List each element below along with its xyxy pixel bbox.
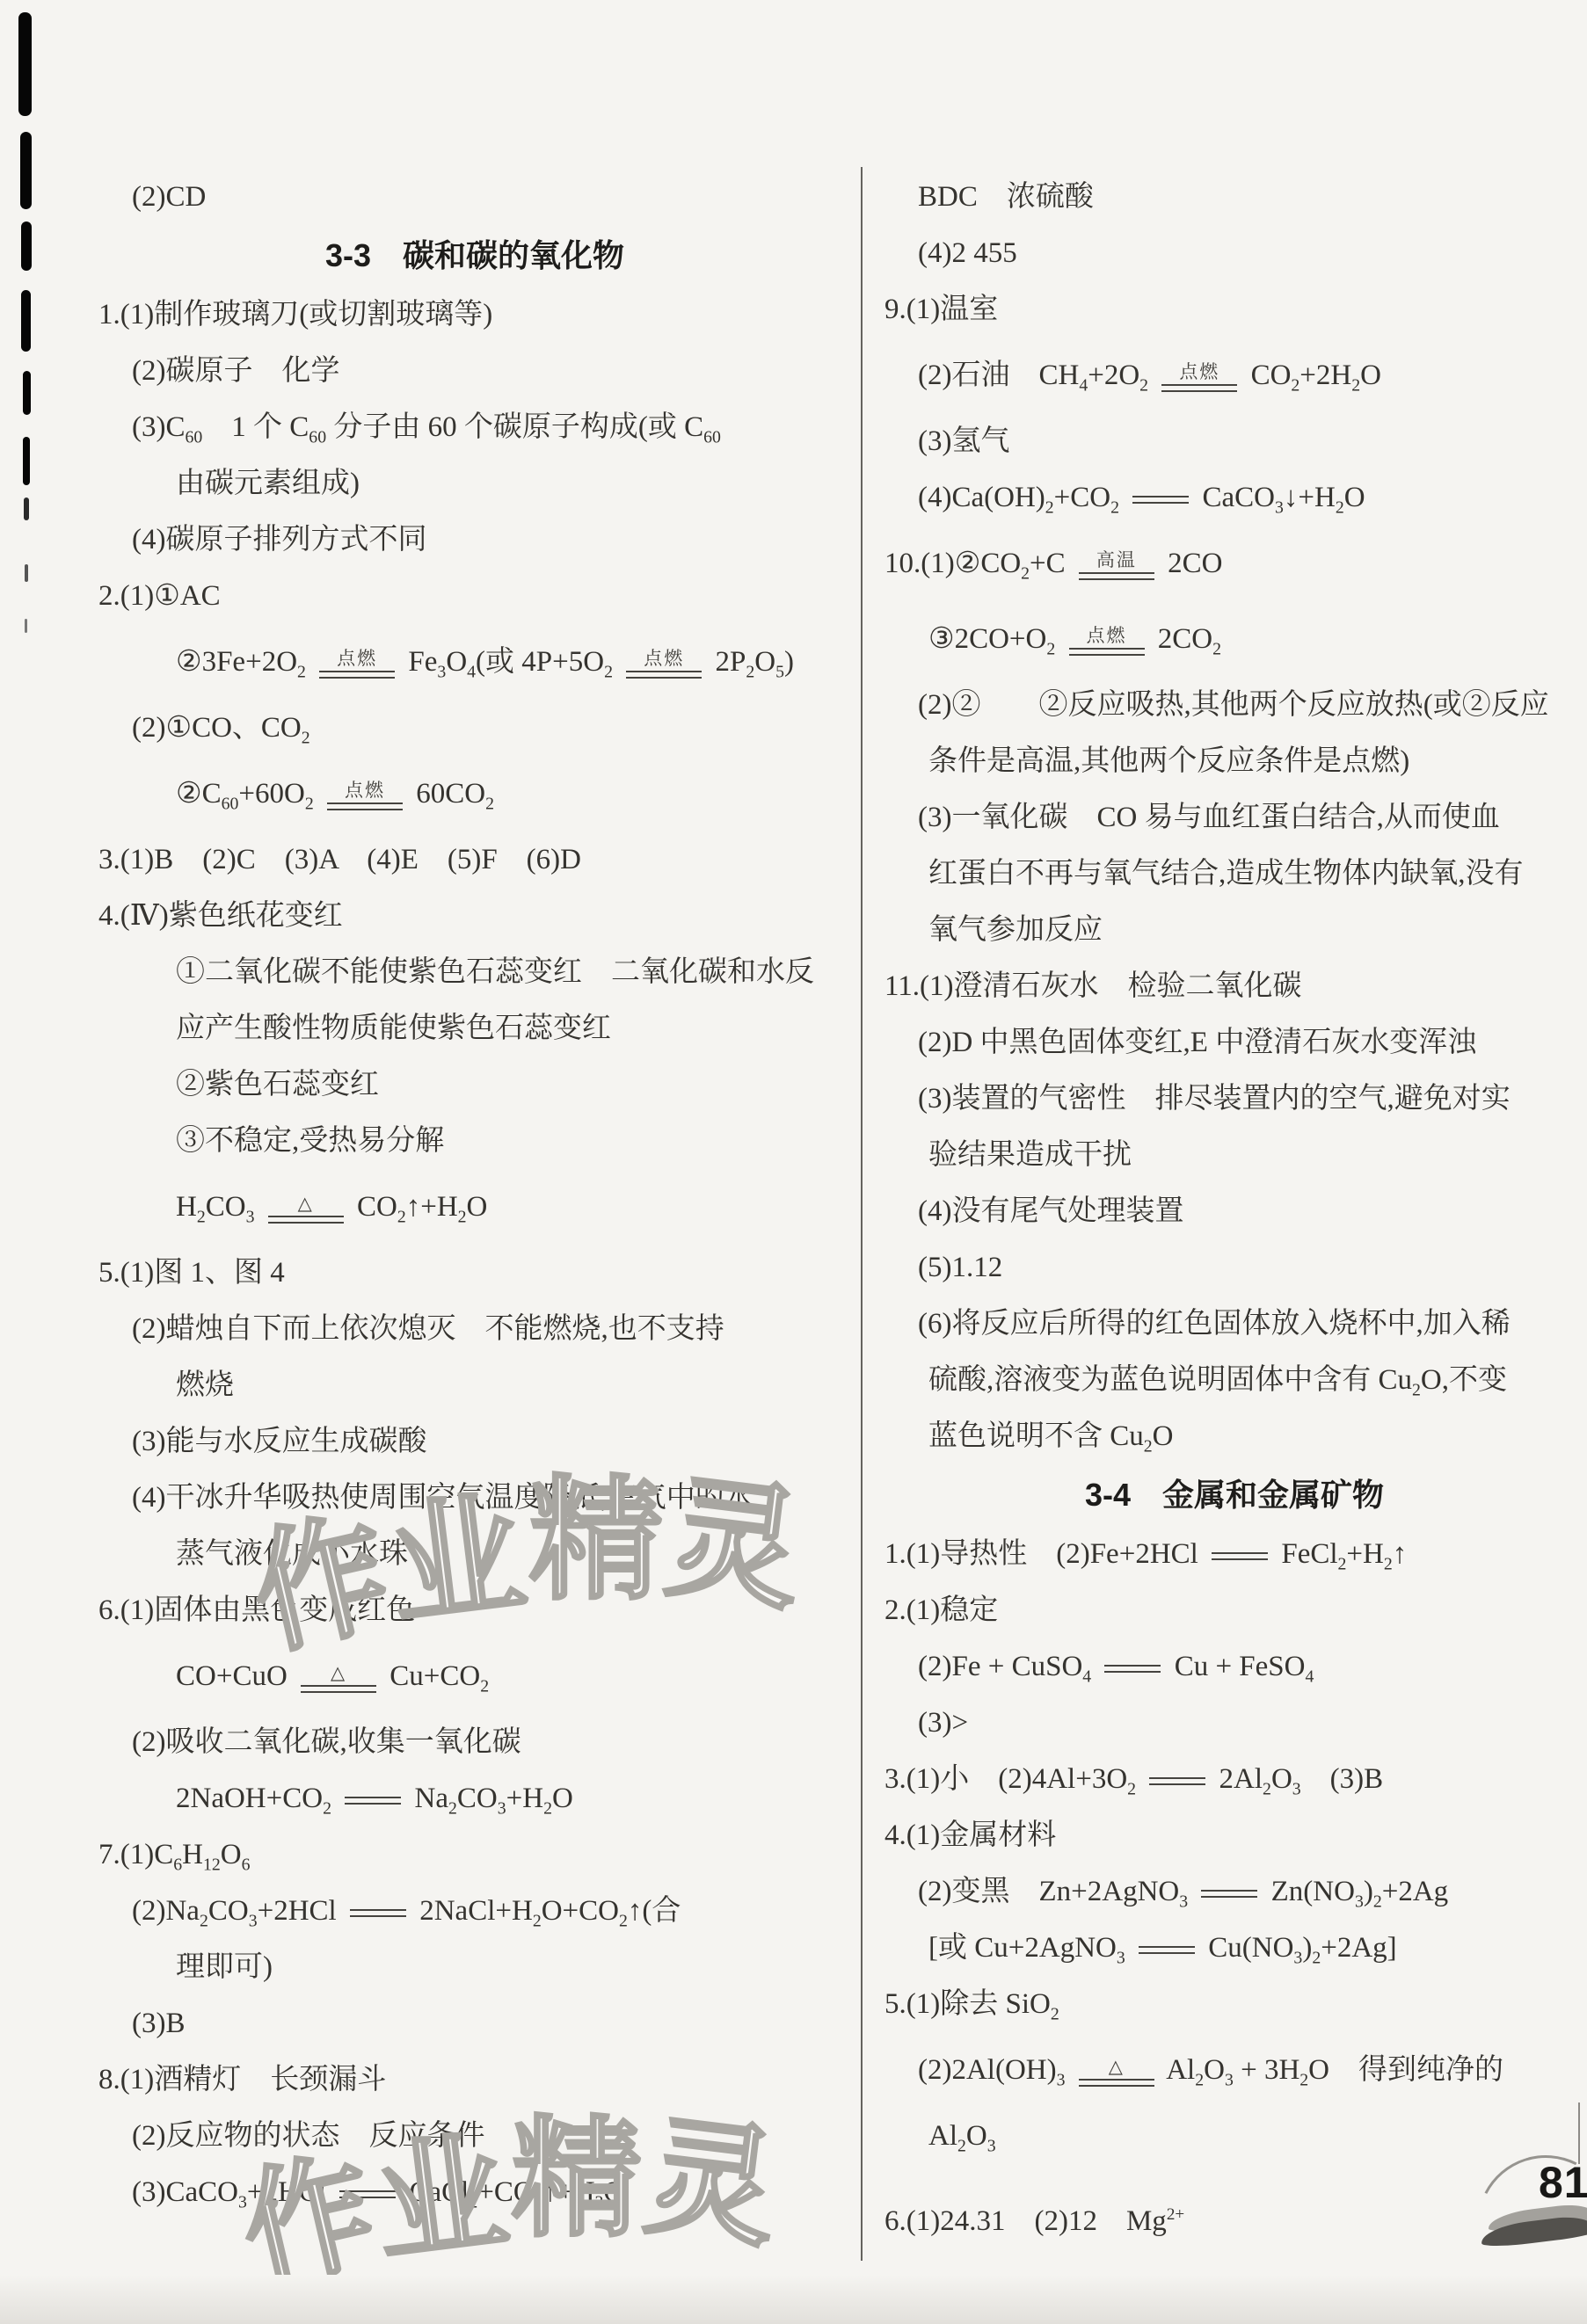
binding-mark (20, 132, 32, 209)
equals-double-bar (1212, 1552, 1268, 1560)
subscript: 60 (309, 428, 326, 447)
subscript: 2 (458, 1208, 467, 1227)
answer-line: ③2CO+O2 点燃 2CO2 (884, 601, 1584, 677)
subscript: 2 (297, 663, 306, 682)
subscript: 3 (238, 2193, 247, 2212)
page-number: 81 (1539, 2157, 1587, 2208)
binding-mark (23, 371, 31, 415)
subscript: 5 (775, 663, 784, 682)
answer-line: (3)氢气 (884, 413, 1584, 469)
subscript: 2 (1021, 564, 1030, 584)
subscript: 4 (1079, 376, 1088, 396)
subscript: 4 (1306, 1667, 1314, 1687)
binding-mark (23, 437, 30, 485)
page-corner-logo: 81 (1500, 2143, 1587, 2259)
answer-line: (4)2 455 (884, 225, 1584, 281)
scanned-answer-page: (2)CD3-3 碳和碳的氧化物1.(1)制作玻璃刀(或切割玻璃等)(2)碳原子… (0, 0, 1587, 2324)
answer-line: 4.(Ⅳ)紫色纸花变红 (98, 888, 851, 944)
superscript: 2+ (1167, 2205, 1184, 2224)
answer-line: 6.(1)固体由黑色变成红色 (98, 1582, 851, 1638)
subscript: 2 (1046, 640, 1055, 659)
subscript: 60 (222, 795, 239, 814)
subscript: 2 (595, 2193, 604, 2212)
answer-line: 蒸气液化成小水珠 (98, 1526, 851, 1582)
subscript: 3 (437, 663, 446, 682)
answer-line: 8.(1)酒精灯 长颈漏斗 (98, 2052, 851, 2108)
reaction-condition-label: 点燃 (345, 781, 385, 801)
answers-column-right: BDC 浓硫酸(4)2 4559.(1)温室(2)石油 CH4+2O2 点燃 C… (884, 169, 1584, 2243)
subscript: 2 (957, 2137, 966, 2156)
double-bar (1139, 1946, 1195, 1954)
answer-line: 3.(1)小 (2)4Al+3O2 2Al2O3 (3)B (884, 1751, 1584, 1807)
answer-line: (2)变黑 Zn+2AgNO3 Zn(NO3)2+2Ag (884, 1863, 1584, 1920)
subscript: 2 (1144, 1437, 1153, 1456)
answer-line: (2)吸收二氧化碳,收集一氧化碳 (98, 1714, 851, 1770)
double-bar (1161, 384, 1237, 392)
subscript: 4 (467, 663, 476, 682)
answer-line: ③不稳定,受热易分解 (98, 1113, 851, 1169)
answer-line: 5.(1)除去 SiO2 (884, 1976, 1584, 2032)
double-bar (301, 1685, 376, 1693)
answer-line: 11.(1)澄清石灰水 检验二氧化碳 (884, 958, 1584, 1014)
reaction-condition-equals: 点燃 (327, 781, 403, 810)
double-bar (339, 2190, 396, 2198)
subscript: 2 (535, 2193, 543, 2212)
answer-line: 硫酸,溶液变为蓝色说明固体中含有 Cu2O,不变 (884, 1352, 1584, 1408)
reaction-condition-label: 点燃 (1179, 362, 1219, 382)
scan-edge-line (1578, 2102, 1580, 2164)
subscript: 3 (1057, 2071, 1066, 2090)
answer-line: (2)CD (98, 169, 851, 225)
reaction-condition-equals: △ (301, 1663, 376, 1693)
answer-line: (4)没有尾气处理装置 (884, 1183, 1584, 1239)
answer-line: 氧气参加反应 (884, 902, 1584, 958)
double-bar (626, 671, 702, 679)
subscript: 3 (1275, 498, 1284, 518)
subscript: 3 (1292, 1780, 1301, 1799)
double-bar (1212, 1552, 1268, 1560)
reaction-condition-equals: 点燃 (626, 649, 702, 679)
reaction-condition-label: 点燃 (644, 649, 684, 669)
answer-line: 9.(1)温室 (884, 281, 1584, 338)
subscript: 3 (1179, 1892, 1188, 1912)
subscript: 2 (1263, 1780, 1271, 1799)
answer-line: (2)Fe + CuSO4 Cu + FeSO4 (884, 1638, 1584, 1695)
double-bar (350, 1909, 406, 1917)
binding-mark (24, 497, 29, 520)
answer-line: 2.(1)稳定 (884, 1582, 1584, 1638)
answer-line: BDC 浓硫酸 (884, 169, 1584, 225)
answer-line: (3)CaCO3+2HCl CaCl2+CO2↑+H2O (98, 2164, 851, 2220)
double-bar (319, 671, 395, 679)
answer-line: 3.(1)B (2)C (3)A (4)E (5)F (6)D (98, 832, 851, 888)
equals-double-bar (1104, 1665, 1161, 1673)
answer-line: (2)D 中黑色固体变红,E 中澄清石灰水变浑浊 (884, 1014, 1584, 1071)
answer-line: ②C60+60O2 点燃 60CO2 (98, 756, 851, 832)
subscript: 6 (173, 1856, 182, 1875)
subscript: 2 (397, 1208, 406, 1227)
subscript: 12 (203, 1856, 221, 1875)
answer-line: [或 Cu+2AgNO3 Cu(NO3)2+2Ag] (884, 1920, 1584, 1976)
double-bar (327, 803, 403, 810)
subscript: 2 (543, 1799, 552, 1819)
double-bar (1079, 572, 1154, 580)
answer-line: 5.(1)图 1、图 4 (98, 1245, 851, 1301)
answer-line: 理即可) (98, 1939, 851, 1995)
binding-mark (25, 619, 27, 633)
equals-double-bar (1201, 1890, 1257, 1898)
equals-double-bar (1149, 1777, 1205, 1785)
reaction-condition-label: 高温 (1096, 550, 1137, 570)
subscript: 2 (1351, 376, 1360, 396)
double-bar (1132, 496, 1189, 504)
answer-line: ②3Fe+2O2 点燃 Fe3O4(或 4P+5O2 点燃 2P2O5) (98, 624, 851, 700)
answer-line: 蓝色说明不含 Cu2O (884, 1408, 1584, 1464)
equals-double-bar (350, 1909, 406, 1917)
answers-column-left: (2)CD3-3 碳和碳的氧化物1.(1)制作玻璃刀(或切割玻璃等)(2)碳原子… (98, 169, 851, 2220)
double-bar (1149, 1777, 1205, 1785)
answer-line: 2.(1)①AC (98, 568, 851, 624)
answer-line: (4)碳原子排列方式不同 (98, 512, 851, 568)
answer-line: (3)一氧化碳 CO 易与血红蛋白结合,从而使血 (884, 789, 1584, 846)
subscript: 2 (305, 795, 314, 814)
subscript: 2 (1299, 2071, 1308, 2090)
answer-line: 4.(1)金属材料 (884, 1807, 1584, 1863)
subscript: 3 (249, 1912, 258, 1931)
answer-line: (5)1.12 (884, 1239, 1584, 1296)
reaction-condition-equals: 高温 (1079, 550, 1154, 580)
reaction-condition-label: △ (1109, 2057, 1125, 2077)
subscript: 2 (1051, 2005, 1059, 2024)
equals-double-bar (339, 2190, 396, 2198)
subscript: 2 (1338, 1555, 1347, 1574)
subscript: 2 (533, 1912, 542, 1931)
subscript: 2 (485, 795, 494, 814)
section-heading: 3-3 碳和碳的氧化物 (98, 225, 851, 287)
subscript: 2 (619, 1912, 628, 1931)
double-bar (1201, 1890, 1257, 1898)
answer-line: (2)蜡烛自下而上依次熄灭 不能燃烧,也不支持 (98, 1301, 851, 1357)
reaction-condition-equals: 点燃 (1069, 626, 1145, 656)
binding-mark (25, 564, 28, 582)
reaction-condition-equals: 点燃 (1161, 362, 1237, 392)
answer-line: 1.(1)制作玻璃刀(或切割玻璃等) (98, 287, 851, 343)
reaction-condition-equals: △ (1079, 2057, 1154, 2087)
answer-line: (4)干冰升华吸热使周围空气温度降低,空气中的水 (98, 1470, 851, 1526)
binding-mark (21, 222, 32, 271)
double-bar (1069, 648, 1145, 656)
subscript: 2 (1312, 1949, 1321, 1968)
subscript: 2 (480, 1677, 489, 1696)
subscript: 2 (200, 1912, 208, 1931)
answer-line: (3)装置的气密性 排尽装置内的空气,避免对实 (884, 1071, 1584, 1127)
subscript: 2 (1373, 1892, 1382, 1912)
answer-line: (4)Ca(OH)2+CO2 CaCO3↓+H2O (884, 469, 1584, 526)
scan-bottom-shadow (0, 2275, 1587, 2324)
double-bar (268, 1216, 344, 1224)
answer-line: H2CO3 △ CO2↑+H2O (98, 1169, 851, 1245)
subscript: 2 (448, 1799, 457, 1819)
answer-line: 7.(1)C6H12O6 (98, 1827, 851, 1883)
subscript: 3 (498, 1799, 506, 1819)
answer-line: 燃烧 (98, 1357, 851, 1413)
answer-line: ②紫色石蕊变红 (98, 1057, 851, 1113)
answer-line: (3)能与水反应生成碳酸 (98, 1413, 851, 1470)
binding-mark (18, 12, 32, 116)
answer-line: (3)B (98, 1995, 851, 2052)
subscript: 2 (469, 2193, 477, 2212)
answer-line: 10.(1)②CO2+C 高温 2CO (884, 526, 1584, 601)
subscript: 3 (1117, 1949, 1125, 1968)
answer-line: 2NaOH+CO2 Na2CO3+H2O (98, 1770, 851, 1827)
subscript: 2 (746, 663, 754, 682)
subscript: 60 (703, 428, 721, 447)
subscript: 2 (1139, 376, 1148, 396)
answer-line: (6)将反应后所得的红色固体放入烧杯中,加入稀 (884, 1296, 1584, 1352)
subscript: 3 (246, 1208, 255, 1227)
answer-line: 由碳元素组成) (98, 455, 851, 512)
answer-line: 1.(1)导热性 (2)Fe+2HCl FeCl2+H2↑ (884, 1526, 1584, 1582)
subscript: 6 (242, 1856, 251, 1875)
answer-line: (3)> (884, 1695, 1584, 1751)
reaction-condition-label: 点燃 (337, 649, 377, 669)
answer-line: Al2O3 (884, 2108, 1584, 2164)
answer-line: ①二氧化碳不能使紫色石蕊变红 二氧化碳和水反 (98, 944, 851, 1000)
subscript: 3 (1355, 1892, 1364, 1912)
subscript: 3 (1293, 1949, 1302, 1968)
column-divider (861, 167, 863, 2261)
subscript: 2 (197, 1208, 206, 1227)
subscript: 2 (1291, 376, 1299, 396)
answer-line: (2)反应物的状态 反应条件 (98, 2108, 851, 2164)
answer-line: 条件是高温,其他两个反应条件是点燃) (884, 733, 1584, 789)
answer-line: 红蛋白不再与氧气结合,造成生物体内缺氧,没有 (884, 846, 1584, 902)
subscript: 3 (1225, 2071, 1234, 2090)
equals-double-bar (1132, 496, 1189, 504)
reaction-condition-label: △ (331, 1663, 346, 1683)
subscript: 3 (987, 2137, 996, 2156)
reaction-condition-label: 点燃 (1087, 626, 1127, 646)
subscript: 2 (1045, 498, 1054, 518)
subscript: 2 (1127, 1780, 1136, 1799)
answer-line: CO+CuO △ Cu+CO2 (98, 1638, 851, 1714)
answer-line: (2)①CO、CO2 (98, 700, 851, 756)
answer-line: (3)C60 1 个 C60 分子由 60 个碳原子构成(或 C60 (98, 399, 851, 455)
binding-mark (21, 290, 31, 352)
subscript: 2 (302, 729, 310, 748)
reaction-condition-equals: △ (268, 1194, 344, 1224)
answer-line: (2)Na2CO3+2HCl 2NaCl+H2O+CO2↑(合 (98, 1883, 851, 1939)
double-bar (1104, 1665, 1161, 1673)
reaction-condition-label: △ (298, 1194, 314, 1214)
subscript: 2 (604, 663, 613, 682)
subscript: 2 (1110, 498, 1119, 518)
subscript: 2 (1336, 498, 1344, 518)
subscript: 2 (1212, 640, 1221, 659)
double-bar (345, 1797, 401, 1805)
subscript: 60 (186, 428, 203, 447)
double-bar (1079, 2079, 1154, 2087)
equals-double-bar (1139, 1946, 1195, 1954)
answer-line: 应产生酸性物质能使紫色石蕊变红 (98, 1000, 851, 1057)
subscript: 4 (1082, 1667, 1091, 1687)
answer-line: (2)② ②反应吸热,其他两个反应放热(或②反应 (884, 677, 1584, 733)
subscript: 2 (323, 1799, 331, 1819)
section-heading: 3-4 金属和金属矿物 (884, 1464, 1584, 1526)
answer-line: (2)石油 CH4+2O2 点燃 CO2+2H2O (884, 338, 1584, 413)
answer-line: (2)2Al(OH)3 △ Al2O3 + 3H2O 得到纯净的 (884, 2032, 1584, 2108)
answer-line: (2)碳原子 化学 (98, 343, 851, 399)
subscript: 2 (1195, 2071, 1204, 2090)
reaction-condition-equals: 点燃 (319, 649, 395, 679)
subscript: 2 (1412, 1381, 1421, 1400)
subscript: 2 (1384, 1555, 1393, 1574)
equals-double-bar (345, 1797, 401, 1805)
answer-line: 验结果造成干扰 (884, 1127, 1584, 1183)
